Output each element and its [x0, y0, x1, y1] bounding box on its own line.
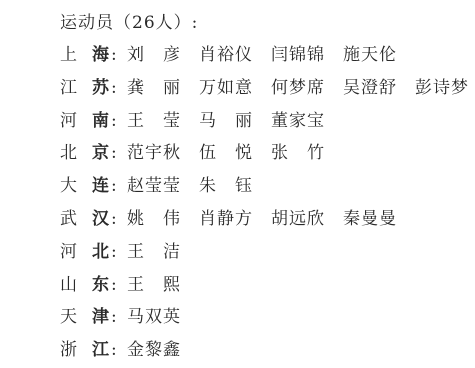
athlete-name: 范宇秋	[127, 141, 181, 165]
colon: :	[111, 305, 117, 329]
region-char: 河	[60, 109, 77, 133]
region-label: 河南:	[60, 109, 126, 133]
region-label: 北京:	[60, 141, 126, 165]
athlete-name: 王 洁	[127, 240, 181, 264]
colon: :	[111, 141, 117, 165]
colon: :	[111, 207, 117, 231]
athlete-name: 闫锦锦	[271, 43, 325, 67]
athlete-name: 朱 钰	[199, 174, 253, 198]
region-label: 天津:	[60, 305, 126, 329]
athlete-names: 金黎鑫	[127, 338, 199, 362]
region-label: 山东:	[60, 273, 126, 297]
athlete-name: 姚 伟	[127, 207, 181, 231]
colon: :	[111, 338, 117, 362]
region-label: 上海:	[60, 43, 126, 67]
region-char: 浙	[60, 338, 77, 362]
colon: :	[111, 43, 117, 67]
region-char: 武	[60, 207, 77, 231]
athlete-name: 王 莹	[127, 109, 181, 133]
colon: :	[111, 240, 117, 264]
region-char: 北	[60, 141, 77, 165]
colon: :	[111, 109, 117, 133]
region-char: 津	[92, 305, 109, 329]
athlete-names: 范宇秋伍 悦张 竹	[127, 141, 343, 165]
athlete-name: 张 竹	[271, 141, 325, 165]
colon: :	[111, 174, 117, 198]
region-char: 天	[60, 305, 77, 329]
region-char: 江	[92, 338, 109, 362]
athlete-name: 金黎鑫	[127, 338, 181, 362]
athlete-name: 胡远欣	[271, 207, 325, 231]
region-label: 浙江:	[60, 338, 126, 362]
athlete-name: 马双英	[127, 305, 181, 329]
region-char: 上	[60, 43, 77, 67]
athlete-names: 赵莹莹朱 钰	[127, 174, 271, 198]
athlete-name: 吴澄舒	[343, 76, 397, 100]
athlete-names: 马双英	[127, 305, 199, 329]
athlete-name: 王 熙	[127, 273, 181, 297]
athlete-name: 肖裕仪	[199, 43, 253, 67]
region-char: 连	[92, 174, 109, 198]
athlete-name: 伍 悦	[199, 141, 253, 165]
athlete-name: 董家宝	[271, 109, 325, 133]
athlete-names: 王 洁	[127, 240, 199, 264]
region-label: 大连:	[60, 174, 126, 198]
athlete-name: 赵莹莹	[127, 174, 181, 198]
region-char: 苏	[92, 76, 109, 100]
region-char: 山	[60, 273, 77, 297]
region-char: 南	[92, 109, 109, 133]
region-char: 汉	[92, 207, 109, 231]
athlete-names: 龚 丽万如意何梦席吴澄舒彭诗梦	[127, 76, 475, 100]
athlete-names: 姚 伟肖静方胡远欣秦曼曼	[127, 207, 415, 231]
athlete-names: 刘 彦肖裕仪闫锦锦施天伦	[127, 43, 415, 67]
athlete-name: 何梦席	[271, 76, 325, 100]
region-label: 武汉:	[60, 207, 126, 231]
region-char: 东	[92, 273, 109, 297]
athlete-name: 马 丽	[199, 109, 253, 133]
region-label: 江苏:	[60, 76, 126, 100]
athlete-roster-document: 运动员（26人）: 上海:刘 彦肖裕仪闫锦锦施天伦江苏:龚 丽万如意何梦席吴澄舒…	[0, 0, 475, 368]
athlete-name: 施天伦	[343, 43, 397, 67]
region-char: 河	[60, 240, 77, 264]
athlete-name: 龚 丽	[127, 76, 181, 100]
athlete-name: 万如意	[199, 76, 253, 100]
athlete-name: 秦曼曼	[343, 207, 397, 231]
colon: :	[111, 76, 117, 100]
athlete-names: 王 熙	[127, 273, 199, 297]
colon: :	[111, 273, 117, 297]
athlete-name: 刘 彦	[127, 43, 181, 67]
athlete-names: 王 莹马 丽董家宝	[127, 109, 343, 133]
region-char: 京	[92, 141, 109, 165]
athlete-name: 彭诗梦	[415, 76, 469, 100]
region-char: 大	[60, 174, 77, 198]
region-char: 海	[92, 43, 109, 67]
region-char: 北	[92, 240, 109, 264]
roster-title: 运动员（26人）:	[60, 12, 198, 34]
athlete-name: 肖静方	[199, 207, 253, 231]
region-char: 江	[60, 76, 77, 100]
region-label: 河北:	[60, 240, 126, 264]
